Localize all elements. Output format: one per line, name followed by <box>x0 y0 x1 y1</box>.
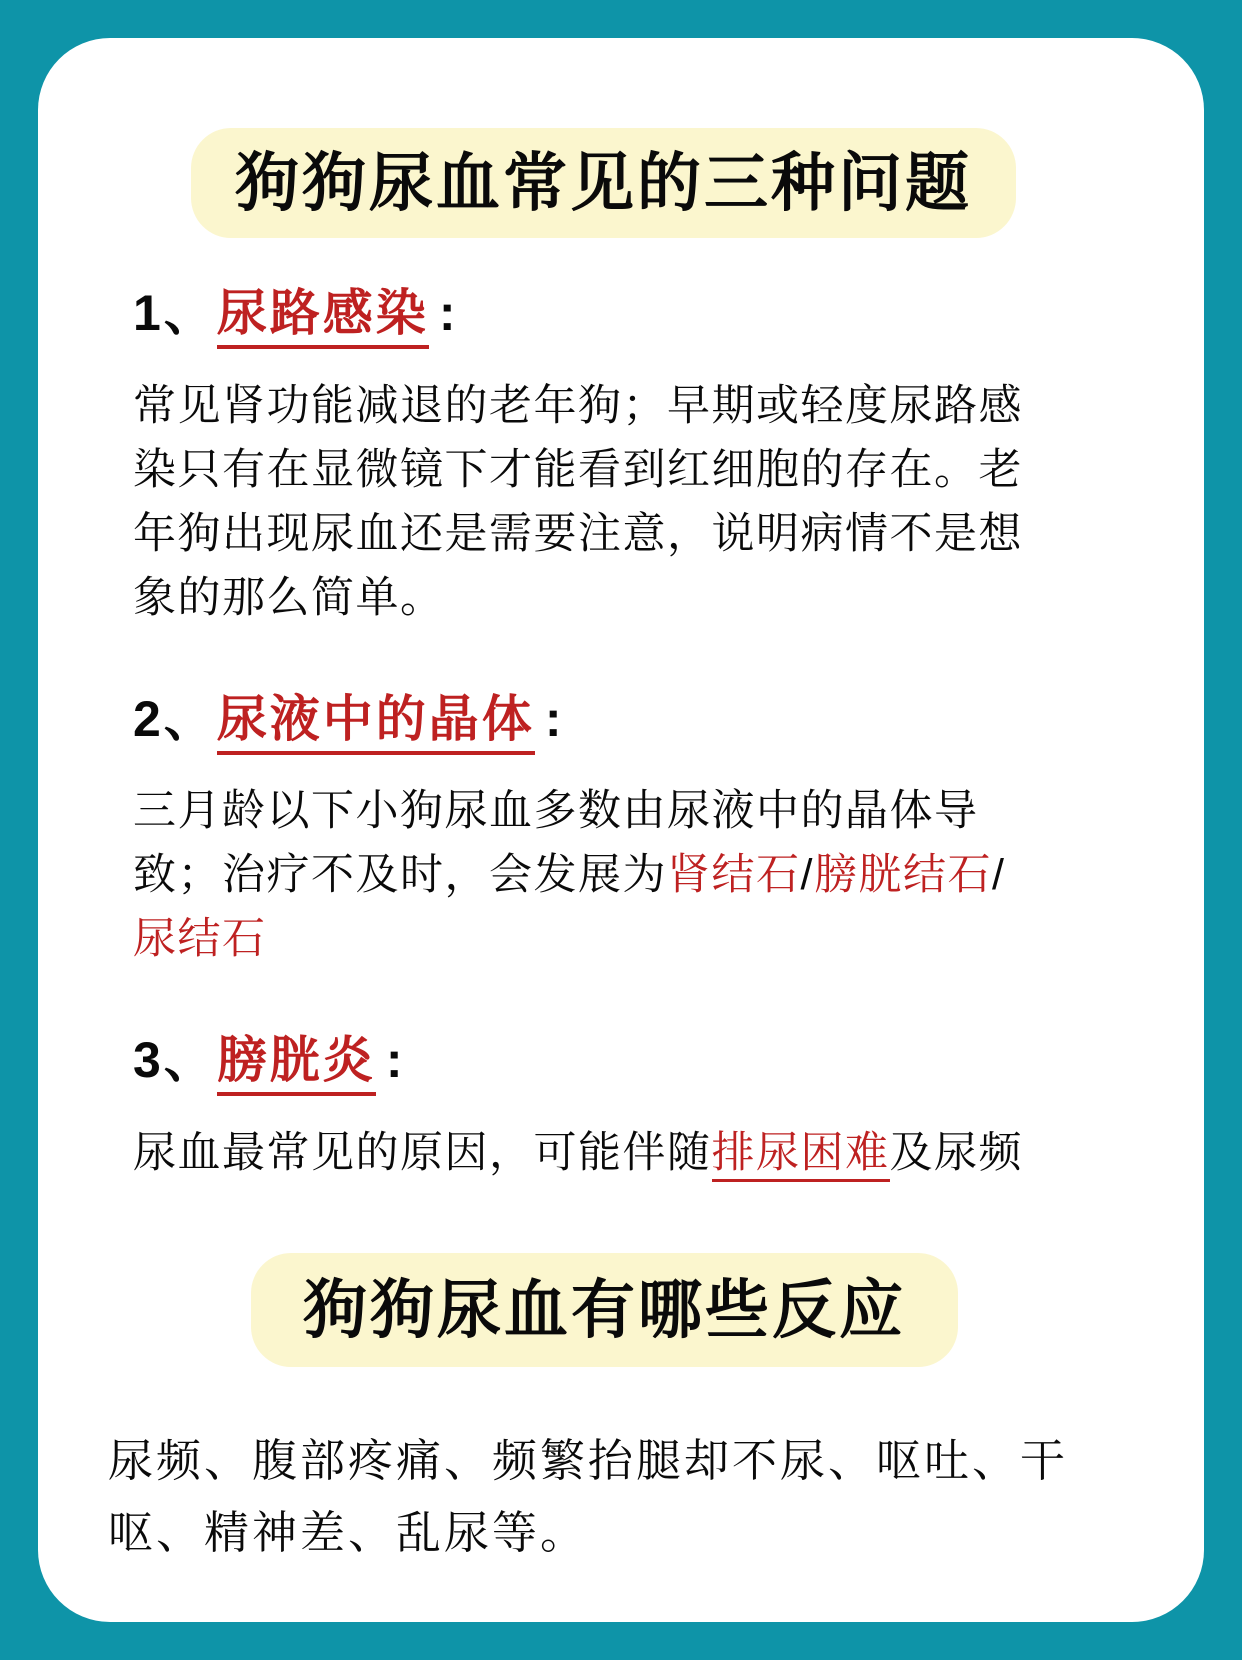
section-keyword: 膀胱炎 <box>217 1032 376 1096</box>
section-number: 3、 <box>133 1032 217 1088</box>
banner-reactions: 狗狗尿血有哪些反应 <box>251 1253 958 1367</box>
section-body: 尿血最常见的原因，可能伴随排尿困难及尿频 <box>133 1121 1048 1185</box>
section-keyword: 尿液中的晶体 <box>217 691 535 755</box>
section-heading: 3、膀胱炎: <box>133 1027 1134 1095</box>
section-number: 1、 <box>133 285 217 341</box>
section-heading: 1、尿路感染: <box>133 280 1134 348</box>
section-keyword: 尿路感染 <box>217 285 429 349</box>
section-heading: 2、尿液中的晶体: <box>133 686 1134 754</box>
card-content: 狗狗尿血常见的三种问题 1、尿路感染: 常见肾功能减退的老年狗；早期或轻度尿路感… <box>38 38 1204 1569</box>
banner-common-problems: 狗狗尿血常见的三种问题 <box>191 128 1016 238</box>
content-card: 狗狗尿血常见的三种问题 1、尿路感染: 常见肾功能减退的老年狗；早期或轻度尿路感… <box>38 38 1204 1622</box>
section-colon: : <box>386 1032 406 1088</box>
section-body: 常见肾功能减退的老年狗；早期或轻度尿路感染只有在显微镜下才能看到红细胞的存在。老… <box>133 374 1048 630</box>
section-colon: : <box>439 285 459 341</box>
section-number: 2、 <box>133 691 217 747</box>
section-colon: : <box>545 691 565 747</box>
section-body: 三月龄以下小狗尿血多数由尿液中的晶体导致；治疗不及时，会发展为肾结石/膀胱结石/… <box>133 779 1048 971</box>
section-urine-crystals: 2、尿液中的晶体: 三月龄以下小狗尿血多数由尿液中的晶体导致；治疗不及时，会发展… <box>133 686 1134 972</box>
section-cystitis: 3、膀胱炎: 尿血最常见的原因，可能伴随排尿困难及尿频 <box>133 1027 1134 1185</box>
reactions-paragraph: 尿频、腹部疼痛、频繁抬腿却不尿、呕吐、干呕、精神差、乱尿等。 <box>108 1425 1134 1569</box>
section-urinary-tract-infection: 1、尿路感染: 常见肾功能减退的老年狗；早期或轻度尿路感染只有在显微镜下才能看到… <box>133 280 1134 630</box>
